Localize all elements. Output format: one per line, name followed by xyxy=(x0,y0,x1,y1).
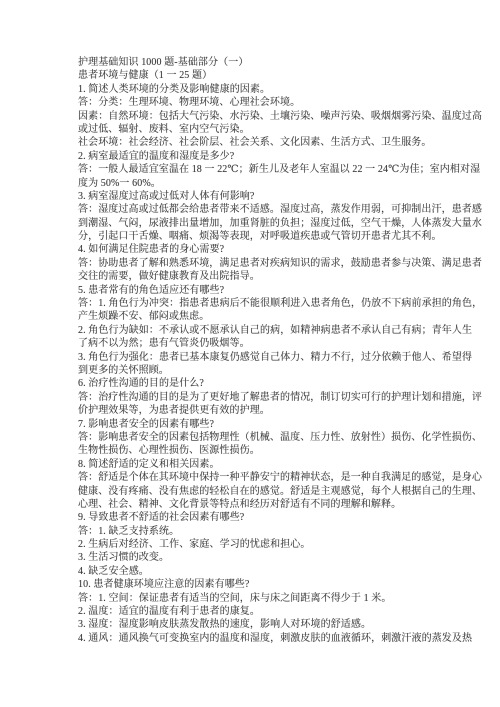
text-line: 10. 患者健康环境应注意的因素有哪些? xyxy=(78,578,430,591)
text-line: 答：治疗性沟通的目的是为了更好地了解患者的情况，制订切实可行的护理计划和措施，评 xyxy=(78,391,430,404)
text-line: 到潮湿、气闷，尿液排出量增加，加重肾脏的负担；湿度过低，空气干燥，人体蒸发大量水 xyxy=(78,217,430,230)
text-line: 答：湿度过高或过低都会给患者带来不适感。湿度过高，蒸发作用弱，可抑制出汗，患者感 xyxy=(78,203,430,216)
text-line: 答：1. 角色行为冲突：指患者患病后不能很顺利进入患者角色，仍放不下病前承担的角… xyxy=(78,297,430,310)
text-line: 了病不以为然；患有气管炎仍吸烟等。 xyxy=(78,337,430,350)
text-line: 生物性损伤、心理性损伤、医源性损伤。 xyxy=(78,444,430,457)
text-line: 答：分类：生理环境、物理环境、心理社会环境。 xyxy=(78,96,430,109)
text-line: 答：1. 空间：保证患者有适当的空间，床与床之间距离不得少于 1 米。 xyxy=(78,592,430,605)
text-line: 健康、没有疼痛、没有焦虑的轻松自在的感觉。舒适是主观感觉，每个人根据自己的生理、 xyxy=(78,485,430,498)
text-line: 分，引起口干舌燥、咽痛、烦渴等表现，对呼吸道疾患或气管切开患者尤其不利。 xyxy=(78,230,430,243)
section-heading: 患者环境与健康（1 一 25 题） xyxy=(78,69,430,82)
text-line: 2. 角色行为缺如：不承认或不愿承认自己的病，如精神病患者不承认自己有病；青年人… xyxy=(78,324,430,337)
document-title: 护理基础知识 1000 题-基础部分（一） xyxy=(78,56,430,69)
text-line: 6. 治疗性沟通的目的是什么? xyxy=(78,377,430,390)
document-body: 1. 简述人类环境的分类及影响健康的因素。答：分类：生理环境、物理环境、心理社会… xyxy=(78,83,430,645)
text-line: 或过低、辐射、废料、室内空气污染。 xyxy=(78,123,430,136)
text-line: 2. 病室最适宜的温度和湿度是多少? xyxy=(78,150,430,163)
text-line: 2. 生病后对经济、工作、家庭、学习的忧虑和担心。 xyxy=(78,538,430,551)
text-line: 8. 简述舒适的定义和相关因素。 xyxy=(78,458,430,471)
text-line: 3. 角色行为强化：患者已基本康复仍感觉自己体力、精力不行，过分依赖于他人、希望… xyxy=(78,351,430,364)
text-line: 4. 如何满足住院患者的身心需要? xyxy=(78,243,430,256)
text-line: 答：舒适是个体在其环境中保持一种平静安宁的精神状态，是一种自我满足的感觉，是身心 xyxy=(78,471,430,484)
text-line: 4. 缺乏安全感。 xyxy=(78,565,430,578)
text-line: 到更多的关怀照顾。 xyxy=(78,364,430,377)
text-line: 3. 病室湿度过高或过低对人体有何影响? xyxy=(78,190,430,203)
text-line: 答：1. 缺乏支持系统。 xyxy=(78,525,430,538)
text-line: 因素：自然环境：包括大气污染、水污染、土壤污染、噪声污染、吸烟烟雾污染、温度过高 xyxy=(78,110,430,123)
text-line: 9. 导致患者不舒适的社会因素有哪些? xyxy=(78,511,430,524)
text-line: 3. 生活习惯的改变。 xyxy=(78,551,430,564)
text-line: 2. 温度：适宜的温度有利于患者的康复。 xyxy=(78,605,430,618)
text-line: 5. 患者常有的角色适应还有哪些? xyxy=(78,284,430,297)
text-line: 心理、社会、精神、文化背景等特点和经历对舒适有不同的理解和解释。 xyxy=(78,498,430,511)
document-page: 护理基础知识 1000 题-基础部分（一） 患者环境与健康（1 一 25 题） … xyxy=(0,0,500,707)
text-line: 答：一般人最适宜室温在 18 一 22℃；新生儿及老年人室温以 22 一 24℃… xyxy=(78,163,430,176)
text-line: 产生烦躁不安、郁闷或焦虑。 xyxy=(78,310,430,323)
text-line: 答：影响患者安全的因素包括物理性（机械、温度、压力性、放射性）损伤、化学性损伤、 xyxy=(78,431,430,444)
document-content: 护理基础知识 1000 题-基础部分（一） 患者环境与健康（1 一 25 题） … xyxy=(78,56,430,645)
text-line: 交往的需要，做好健康教育及出院指导。 xyxy=(78,270,430,283)
text-line: 4. 通风：通风换气可变换室内的温度和湿度，刺激皮肤的血液循环，刺激汗液的蒸发及… xyxy=(78,632,430,645)
text-line: 度为 50%一 60%。 xyxy=(78,177,430,190)
text-line: 3. 湿度：湿度影响皮肤蒸发散热的速度，影响人对环境的舒适感。 xyxy=(78,618,430,631)
text-line: 价护理效果等，为患者提供更有效的护理。 xyxy=(78,404,430,417)
text-line: 答：协助患者了解和熟悉环境，满足患者对疾病知识的需求，鼓励患者参与决策、满足患者 xyxy=(78,257,430,270)
text-line: 7. 影响患者安全的因素有哪些? xyxy=(78,418,430,431)
text-line: 社会环境：社会经济、社会阶层、社会关系、文化因素、生活方式、卫生服务。 xyxy=(78,136,430,149)
text-line: 1. 简述人类环境的分类及影响健康的因素。 xyxy=(78,83,430,96)
